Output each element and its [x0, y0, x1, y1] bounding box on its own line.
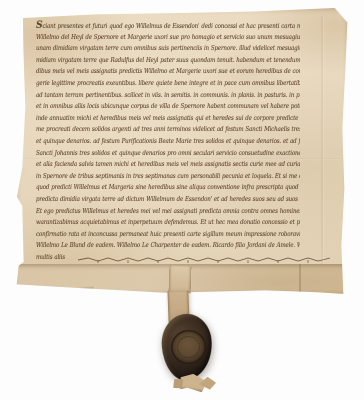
manuscript-line: et alia facienda salvis tamen michi et h… [36, 159, 300, 171]
manuscript-line: et in omnibus aliis locis ubicunque corp… [36, 101, 300, 113]
manuscript-line: Willelmo Le Blund de eadem. Willelmo Le … [36, 240, 300, 252]
manuscript-line: et quinque denarios. ad festum Purificat… [36, 136, 300, 148]
seal-tag-upper [169, 266, 192, 294]
manuscript-line: warantizabimus acquietabimus et inperpet… [36, 217, 300, 229]
manuscript-line: midiam virgatam terre que Radulfus del H… [36, 55, 300, 67]
manuscript-line: gerie legittime procreatis exeuntibus. l… [36, 78, 300, 90]
fold-crease [299, 264, 301, 295]
manuscript-line: dibus meis vel meis assignatis predictis… [36, 66, 300, 78]
horizontal-crease [24, 158, 340, 160]
zigzag-flourish [78, 255, 334, 264]
photograph: Sciant presentes et futuri quod ego Will… [0, 0, 364, 400]
manuscript-line: confirmatio rata et inconcussa permaneat… [36, 229, 300, 241]
manuscript-line: in Spernore de tribus septimanis in tres… [36, 171, 300, 183]
manuscript-line: predicta dimidia virgata terre ad dictum… [36, 194, 300, 206]
manuscript-line: Et ego predictus Willelmus et heredes me… [36, 206, 300, 218]
manuscript-text-block: Sciant presentes et futuri quod ego Will… [36, 20, 336, 266]
manuscript-line: me procreati decem solidos argenti ad tr… [36, 124, 300, 136]
manuscript-line: quod predicti Willelmus et Margeria sine… [36, 182, 300, 194]
parchment-sheet: Sciant presentes et futuri quod ego Will… [16, 8, 348, 295]
manuscript-line: Sciant presentes et futuri quod ego Will… [36, 20, 300, 32]
fold-crease-diagonal [24, 286, 94, 295]
vertical-crease [321, 16, 324, 266]
manuscript-line: inde annuatim michi et heredibus meis ve… [36, 113, 300, 125]
manuscript-line: Willelmo del Heyl de Spernore et Margeri… [36, 32, 300, 44]
manuscript-line: ad tantam terram pertinentibus. scilicet… [36, 90, 300, 102]
manuscript-line: unam dimidiam virgatam terre cum omnibus… [36, 43, 300, 55]
